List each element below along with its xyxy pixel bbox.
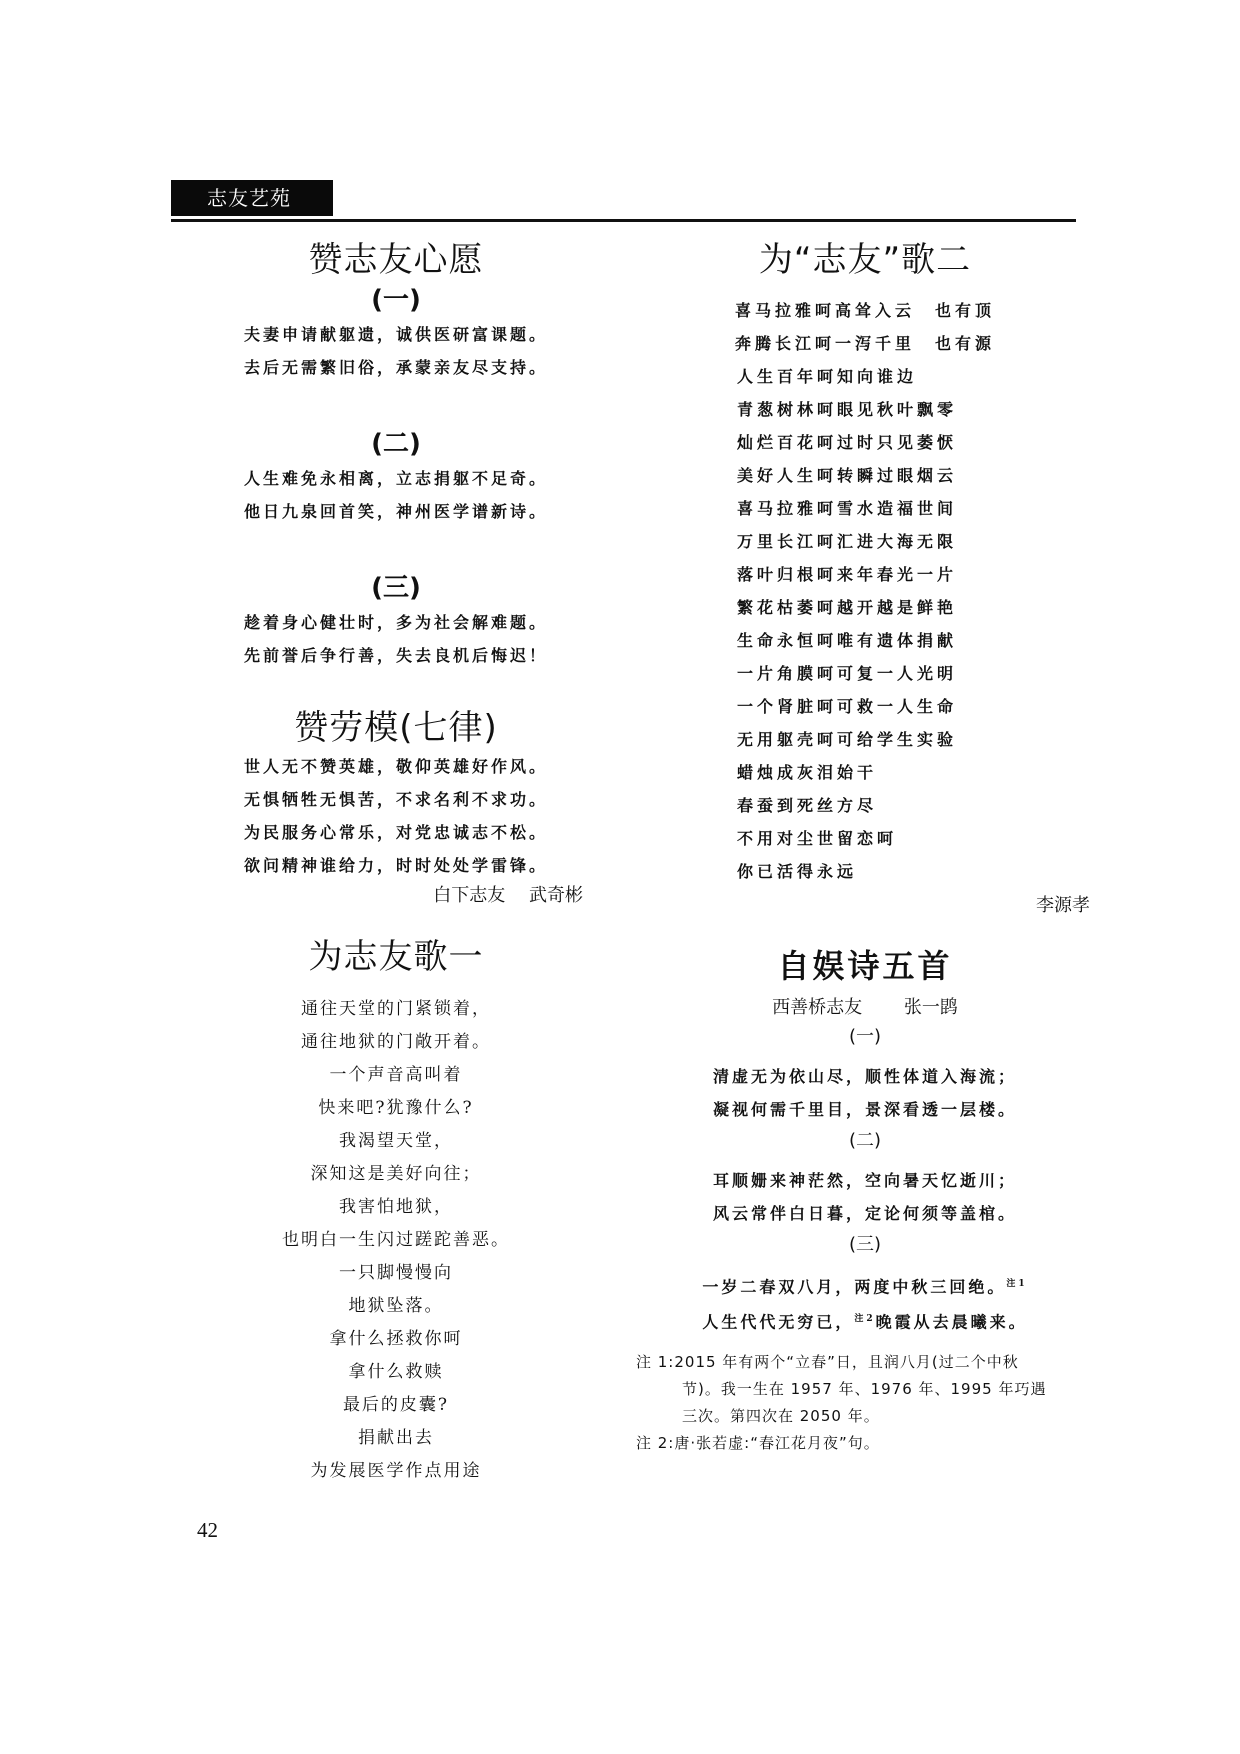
footnote-ref-2: 注2 — [854, 1314, 875, 1324]
verse-line: 生命永恒呵唯有遗体捐献 — [737, 624, 1080, 657]
poem-ge-yi: 为志友歌一 通往天堂的门紧锁着， 通往地狱的门敞开着。 一个声音高叫着 快来吧?… — [171, 935, 621, 1488]
footnote-1-line-1: 注 1:2015 年有两个“立春”日，且润八月(过二个中秋 — [636, 1353, 1019, 1371]
verse-line: 趁着身心健壮时，多为社会解难题。 — [171, 606, 621, 639]
footnote-ref-1: 注1 — [1006, 1279, 1027, 1289]
poem-title: 为“志友”歌二 — [650, 238, 1080, 282]
byline-author: 李源孝 — [650, 892, 1090, 920]
byline-place: 西善桥志友 — [772, 997, 862, 1018]
verse-line: 青葱树林呵眼见秋叶飘零 — [737, 393, 1080, 426]
verse-block: 通往天堂的门紧锁着， 通往地狱的门敞开着。 一个声音高叫着 快来吧?犹豫什么? … — [171, 993, 621, 1488]
verse-line: 风云常伴白日暮，定论何须等盖棺。 — [650, 1197, 1080, 1230]
footnotes: 注 1:2015 年有两个“立春”日，且润八月(过二个中秋 节)。我一生在 19… — [636, 1349, 1080, 1457]
verse-line: 无惧牺牲无惧苦，不求名利不求功。 — [171, 783, 621, 816]
verse-block-top: 喜马拉雅呵高耸入云 也有顶 奔腾长江呵一泻千里 也有源 — [650, 294, 1080, 360]
byline-author: 武奇彬 — [529, 885, 583, 906]
page-number: 42 — [197, 1518, 218, 1543]
verse-line: 最后的皮囊? — [171, 1389, 621, 1422]
verse-line: 先前誉后争行善，失去良机后悔迟！ — [171, 639, 621, 672]
header-divider — [171, 219, 1076, 222]
verse-line: 捐献出去 — [171, 1422, 621, 1455]
verse-line: 一个肾脏呵可救一人生命 — [737, 690, 1080, 723]
verse-line: 凝视何需千里目，景深看透一层楼。 — [650, 1093, 1080, 1126]
verse-line: 地狱坠落。 — [171, 1290, 621, 1323]
part-label: (二) — [171, 426, 621, 462]
verse-line: 人生难免永相离，立志捐躯不足奇。 — [171, 462, 621, 495]
verse-line: 一只脚慢慢向 — [171, 1257, 621, 1290]
verse-line: 落叶归根呵来年春光一片 — [737, 558, 1080, 591]
verse-line: 无用躯壳呵可给学生实验 — [737, 723, 1080, 756]
verse-line: 快来吧?犹豫什么? — [171, 1092, 621, 1125]
verse-line: 去后无需繁旧俗，承蒙亲友尽支持。 — [171, 351, 621, 384]
verse-text: 晚霞从去晨曦来。 — [876, 1313, 1028, 1332]
verse-line: 你已活得永远 — [737, 855, 1080, 888]
verse-text: 一岁二春双八月，两度中秋三回绝。 — [702, 1277, 1006, 1296]
footnote-2: 注 2:唐·张若虚:“春江花月夜”句。 — [636, 1430, 1080, 1457]
verse-line: 夫妻申请献躯遗，诚供医研富课题。 — [171, 318, 621, 351]
verse-line: 万里长江呵汇进大海无限 — [737, 525, 1080, 558]
poem-title: 为志友歌一 — [171, 935, 621, 979]
part-label: (一) — [650, 1022, 1080, 1052]
verse-line: 人生百年呵知向谁边 — [737, 360, 1080, 393]
section-label: 志友艺苑 — [171, 180, 333, 216]
verse-line: 为发展医学作点用途 — [171, 1455, 621, 1488]
verse-line: 人生代代无穷已，注2晚霞从去晨曦来。 — [650, 1303, 1080, 1338]
verse-text: 人生代代无穷已， — [702, 1313, 854, 1332]
verse-line: 春蚕到死丝方尽 — [737, 789, 1080, 822]
verse-line: 蜡烛成灰泪始干 — [737, 756, 1080, 789]
verse-line: 也明白一生闪过蹉跎善恶。 — [171, 1224, 621, 1257]
poem-ziyu: 自娱诗五首 西善桥志友 张一鹍 (一) 清虚无为依山尽，顺性体道入海流； 凝视何… — [650, 944, 1080, 1457]
poem-title: 自娱诗五首 — [650, 944, 1080, 988]
verse-line: 拿什么拯救你呵 — [171, 1323, 621, 1356]
verse-line: 为民服务心常乐，对党忠诚志不松。 — [171, 816, 621, 849]
verse-line: 繁花枯萎呵越开越是鲜艳 — [737, 591, 1080, 624]
part-label: (一) — [171, 282, 621, 318]
byline: 西善桥志友 张一鹍 — [650, 994, 1080, 1022]
verse-line: 欲问精神谁给力，时时处处学雷锋。 — [171, 849, 621, 882]
verse-line: 拿什么救赎 — [171, 1356, 621, 1389]
verse-line: 通往天堂的门紧锁着， — [171, 993, 621, 1026]
verse-line: 他日九泉回首笑，神州医学谱新诗。 — [171, 495, 621, 528]
byline-author: 张一鹍 — [904, 997, 958, 1018]
verse-line: 灿烂百花呵过时只见萎恹 — [737, 426, 1080, 459]
byline: 白下志友 武奇彬 — [171, 882, 621, 910]
part-label: (三) — [650, 1230, 1080, 1260]
byline-place: 白下志友 — [433, 885, 505, 906]
part-label: (二) — [650, 1126, 1080, 1156]
verse-line: 我渴望天堂， — [171, 1125, 621, 1158]
verse-line: 喜马拉雅呵高耸入云 也有顶 — [650, 294, 1080, 327]
verse-line: 一岁二春双八月，两度中秋三回绝。注1 — [650, 1268, 1080, 1303]
verse-line: 喜马拉雅呵雪水造福世间 — [737, 492, 1080, 525]
verse-line: 我害怕地狱， — [171, 1191, 621, 1224]
footnote-1-line-2: 节)。我一生在 1957 年、1976 年、1995 年巧遇 — [636, 1376, 1080, 1403]
poem-zan-xinyuan: 赞志友心愿 (一) 夫妻申请献躯遗，诚供医研富课题。 去后无需繁旧俗，承蒙亲友尽… — [171, 238, 621, 672]
poem-title: 赞志友心愿 — [171, 238, 621, 282]
verse-line: 不用对尘世留恋呵 — [737, 822, 1080, 855]
verse-line: 通往地狱的门敞开着。 — [171, 1026, 621, 1059]
verse-line: 美好人生呵转瞬过眼烟云 — [737, 459, 1080, 492]
footnote-1-line-3: 三次。第四次在 2050 年。 — [636, 1403, 1080, 1430]
part-label: (三) — [171, 570, 621, 606]
verse-line: 清虚无为依山尽，顺性体道入海流； — [650, 1060, 1080, 1093]
poem-ge-er: 为“志友”歌二 喜马拉雅呵高耸入云 也有顶 奔腾长江呵一泻千里 也有源 人生百年… — [650, 238, 1080, 920]
verse-line: 深知这是美好向往； — [171, 1158, 621, 1191]
verse-line: 世人无不赞英雄，敬仰英雄好作风。 — [171, 750, 621, 783]
verse-block: 人生百年呵知向谁边 青葱树林呵眼见秋叶飘零 灿烂百花呵过时只见萎恹 美好人生呵转… — [650, 360, 1080, 888]
poem-zan-laomo: 赞劳模(七律) 世人无不赞英雄，敬仰英雄好作风。 无惧牺牲无惧苦，不求名利不求功… — [171, 706, 621, 910]
verse-line: 一个声音高叫着 — [171, 1059, 621, 1092]
verse-line: 奔腾长江呵一泻千里 也有源 — [650, 327, 1080, 360]
verse-line: 一片角膜呵可复一人光明 — [737, 657, 1080, 690]
poem-title: 赞劳模(七律) — [171, 706, 621, 750]
verse-line: 耳顺姗来神茫然，空向暑天忆逝川； — [650, 1164, 1080, 1197]
